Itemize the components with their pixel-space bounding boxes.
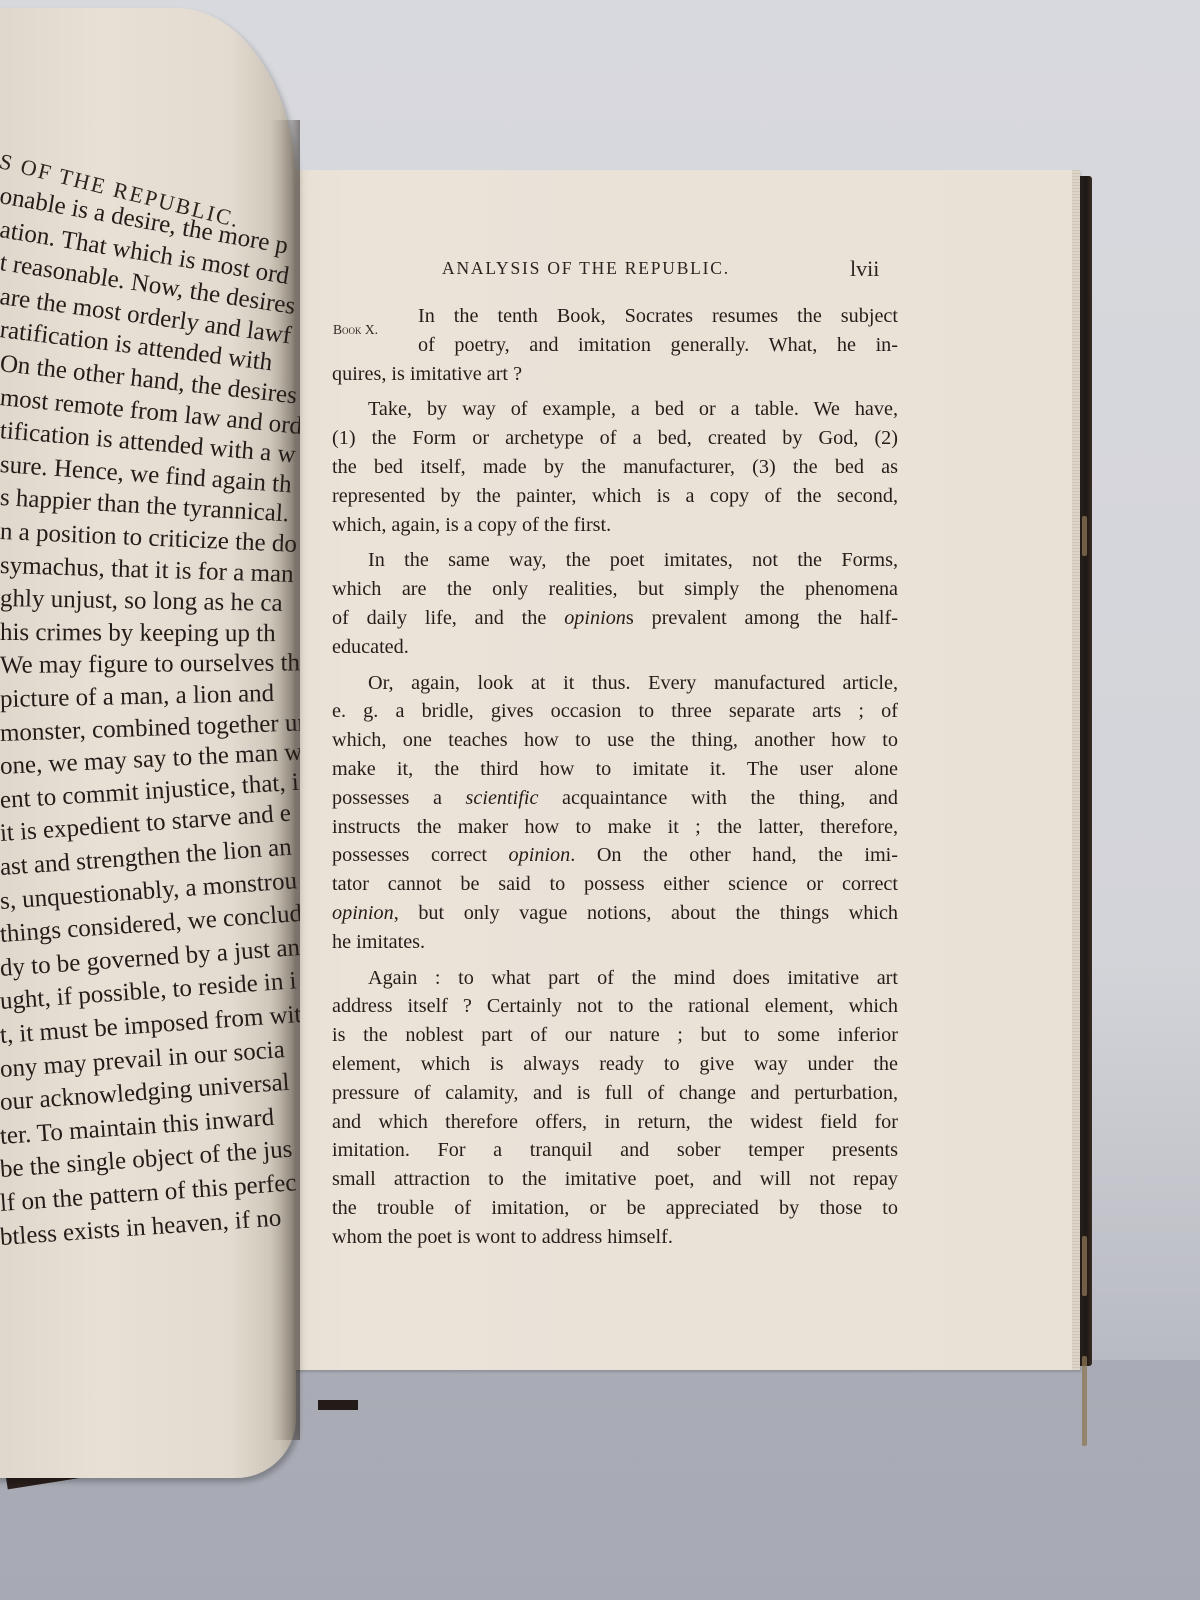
- text-line: possesses correct opinion. On the other …: [332, 841, 898, 870]
- running-head: ANALYSIS OF THE REPUBLIC.: [442, 258, 730, 279]
- text-line: In the same way, the poet imitates, not …: [332, 546, 898, 575]
- text-line: element, which is always ready to give w…: [332, 1050, 898, 1079]
- text-line: and which therefore offers, in return, t…: [332, 1108, 898, 1137]
- text-line: make it, the third how to imitate it. Th…: [332, 755, 898, 784]
- text-line: pressure of calamity, and is full of cha…: [332, 1079, 898, 1108]
- left-text-line: his crimes by keeping up th: [0, 619, 276, 648]
- paragraph-1: In the tenth Book, Socrates resumes the …: [332, 302, 898, 388]
- left-page-text: S OF THE REPUBLIC. onable is a desire, t…: [0, 0, 300, 1600]
- text-line: In the tenth Book, Socrates resumes the …: [332, 302, 898, 331]
- text-line: represented by the painter, which is a c…: [332, 482, 898, 511]
- text-line: (1) the Form or archetype of a bed, crea…: [332, 424, 898, 453]
- page-body-text: In the tenth Book, Socrates resumes the …: [332, 302, 898, 1252]
- paragraph-2: Take, by way of example, a bed or a tabl…: [332, 395, 898, 539]
- page-number: lvii: [850, 256, 879, 282]
- text-line: address itself ? Certainly not to the ra…: [332, 992, 898, 1021]
- text-line: tator cannot be said to possess either s…: [332, 870, 898, 899]
- text-line: he imitates.: [332, 928, 898, 957]
- text-line: quires, is imitative art ?: [332, 360, 898, 389]
- text-line: opinion, but only vague notions, about t…: [332, 899, 898, 928]
- paragraph-5: Again : to what part of the mind does im…: [332, 964, 898, 1252]
- text-line: Take, by way of example, a bed or a tabl…: [332, 395, 898, 424]
- text-line: of poetry, and imitation generally. What…: [332, 331, 898, 360]
- left-text-line: We may figure to ourselves th: [0, 650, 300, 681]
- text-line: Again : to what part of the mind does im…: [332, 964, 898, 993]
- text-line: imitation. For a tranquil and sober temp…: [332, 1136, 898, 1165]
- text-line: which, one teaches how to use the thing,…: [332, 726, 898, 755]
- text-line: Or, again, look at it thus. Every manufa…: [332, 669, 898, 698]
- text-line: possesses a scientific acquaintance with…: [332, 784, 898, 813]
- book-cover-corner: [318, 1400, 358, 1410]
- paragraph-3: In the same way, the poet imitates, not …: [332, 546, 898, 661]
- paragraph-4: Or, again, look at it thus. Every manufa…: [332, 669, 898, 957]
- text-line: the trouble of imitation, or be apprecia…: [332, 1194, 898, 1223]
- left-text-line: ghly unjust, so long as he ca: [0, 585, 283, 618]
- text-line: educated.: [332, 633, 898, 662]
- text-line: which are the only realities, but simply…: [332, 575, 898, 604]
- book-cover-edge: [1078, 176, 1092, 1366]
- left-text-line: picture of a man, a lion and: [0, 680, 274, 714]
- text-line: of daily life, and the opinions prevalen…: [332, 604, 898, 633]
- page-fore-edge: [1072, 170, 1080, 1370]
- text-line: which, again, is a copy of the first.: [332, 511, 898, 540]
- text-line: e. g. a bridle, gives occasion to three …: [332, 697, 898, 726]
- text-line: is the noblest part of our nature ; but …: [332, 1021, 898, 1050]
- text-line: the bed itself, made by the manufacturer…: [332, 453, 898, 482]
- text-line: whom the poet is wont to address himself…: [332, 1223, 898, 1252]
- text-line: instructs the maker how to make it ; the…: [332, 813, 898, 842]
- text-line: small attraction to the imitative poet, …: [332, 1165, 898, 1194]
- left-text-line: symachus, that it is for a man: [0, 552, 294, 589]
